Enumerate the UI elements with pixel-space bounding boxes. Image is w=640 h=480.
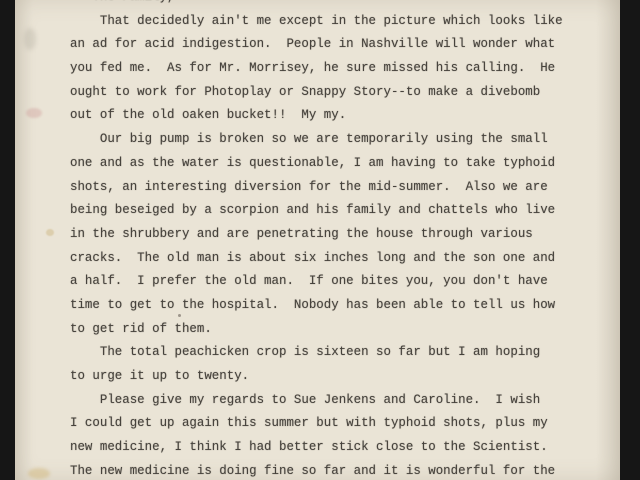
letter-line: The new medicine is doing fine so far an…: [70, 460, 590, 480]
letter-line: new medicine, I think I had better stick…: [70, 436, 590, 460]
letter-line: being beseiged by a scorpion and his fam…: [70, 199, 590, 223]
paper-stain: [46, 229, 54, 236]
letter-line: shots, an interesting diversion for the …: [70, 176, 590, 200]
letter-line: in the shrubbery and are penetrating the…: [70, 223, 590, 247]
letter-line: an ad for acid indigestion. People in Na…: [70, 33, 590, 57]
letter-line: That decidedly ain't me except in the pi…: [70, 10, 590, 34]
letter-line: I could get up again this summer but wit…: [70, 412, 590, 436]
letter-line: to urge it up to twenty.: [70, 365, 590, 389]
paper-stain: [26, 108, 42, 118]
letter-page: The Family, That decidedly ain't me exce…: [15, 0, 620, 480]
scan-backdrop-left: [0, 0, 15, 480]
letter-line: cracks. The old man is about six inches …: [70, 247, 590, 271]
letter-line: time to get to the hospital. Nobody has …: [70, 294, 590, 318]
letter-body: The Family, That decidedly ain't me exce…: [70, 0, 590, 480]
paper-stain: [24, 28, 36, 50]
letter-line: ought to work for Photoplay or Snappy St…: [70, 81, 590, 105]
letter-line: a half. I prefer the old man. If one bit…: [70, 270, 590, 294]
letter-line: Please give my regards to Sue Jenkens an…: [70, 389, 590, 413]
letter-line: to get rid of them.: [70, 318, 590, 342]
document-scan-view: The Family, That decidedly ain't me exce…: [0, 0, 640, 480]
letter-line: The Family,: [70, 0, 590, 10]
letter-line: you fed me. As for Mr. Morrisey, he sure…: [70, 57, 590, 81]
paper-stain: [28, 468, 50, 479]
scan-backdrop-right: [620, 0, 640, 480]
letter-line: Our big pump is broken so we are tempora…: [70, 128, 590, 152]
letter-line: The total peachicken crop is sixteen so …: [70, 341, 590, 365]
letter-line: out of the old oaken bucket!! My my.: [70, 104, 590, 128]
letter-line: one and as the water is questionable, I …: [70, 152, 590, 176]
